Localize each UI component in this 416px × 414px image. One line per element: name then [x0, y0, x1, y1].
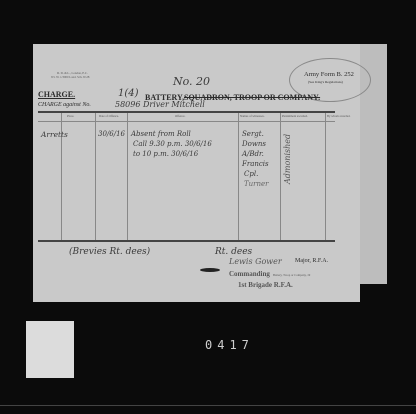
col-header-place: Place. — [67, 114, 74, 118]
signature-rank: Major, R.F.A. — [295, 258, 328, 264]
col-divider — [127, 113, 128, 241]
cell-offence-line-1: Absent from Roll — [131, 130, 191, 138]
col-divider — [238, 113, 239, 241]
charge-sheet: D. D. & L., London, E.C. Wt. W. 1/3000 L… — [33, 44, 360, 302]
film-marker-box — [26, 321, 74, 378]
cell-punishment: Admonished — [283, 134, 292, 184]
reel-number: 0417 — [205, 338, 254, 352]
heading: CHARGE. — [38, 90, 75, 99]
commanding-small: Battery, Troop or Company, 19 — [273, 273, 310, 277]
cell-witness-6: Turner — [244, 180, 269, 188]
cell-place: Arretts — [41, 130, 68, 139]
col-divider — [325, 113, 326, 241]
footer-mid-note: Rt. dees — [215, 247, 252, 257]
unit-handwritten: 1(4) — [118, 88, 139, 99]
form-number-ms: No. 20 — [173, 75, 210, 88]
header-rule — [38, 121, 335, 122]
form-stamp-subtitle: (See King's Regulations) — [308, 80, 343, 84]
cell-witness-2: Downs — [242, 140, 266, 148]
cell-offence-line-2: Call 9.30 p.m. 30/6/16 — [133, 140, 212, 148]
table-top-rule — [38, 111, 335, 113]
cell-date: 30/6/16 — [98, 130, 125, 138]
col-header-punishment: Punishment awarded. — [282, 114, 308, 118]
col-header-witnesses: Names of witnesses. — [240, 114, 265, 118]
col-header-by-whom: By whom awarded. — [327, 114, 350, 118]
col-header-date: Date of Offence. — [99, 114, 119, 118]
cell-witness-3: A/Bdr. — [242, 150, 264, 158]
col-header-offence: Offence. — [175, 114, 185, 118]
charge-against-label: CHARGE against No. — [38, 102, 91, 108]
cell-witness-1: Sergt. — [242, 130, 264, 138]
footer-left-note: (Brevies Rt. dees) — [69, 247, 150, 257]
printer-line-2: Wt. W. 1/3000 Lond. Sch. W.28 — [51, 75, 89, 79]
commanding-line: Commanding — [229, 270, 270, 278]
charge-against-value: 58096 Driver Mitchell — [115, 100, 205, 109]
col-divider — [280, 113, 281, 241]
form-stamp-title: Army Form B. 252 — [304, 71, 354, 78]
cell-witness-4: Francis — [242, 160, 269, 168]
col-divider — [95, 113, 96, 241]
cell-offence-line-3: to 10 p.m. 30/6/16 — [133, 150, 198, 158]
signature: Lewis Gower — [229, 257, 282, 266]
cell-witness-5: Cpl. — [244, 170, 258, 178]
table-bottom-rule — [38, 240, 335, 242]
ink-blot — [200, 268, 220, 272]
film-frame-edge — [0, 405, 416, 406]
brigade-line: 1st Brigade R.F.A. — [238, 281, 293, 289]
